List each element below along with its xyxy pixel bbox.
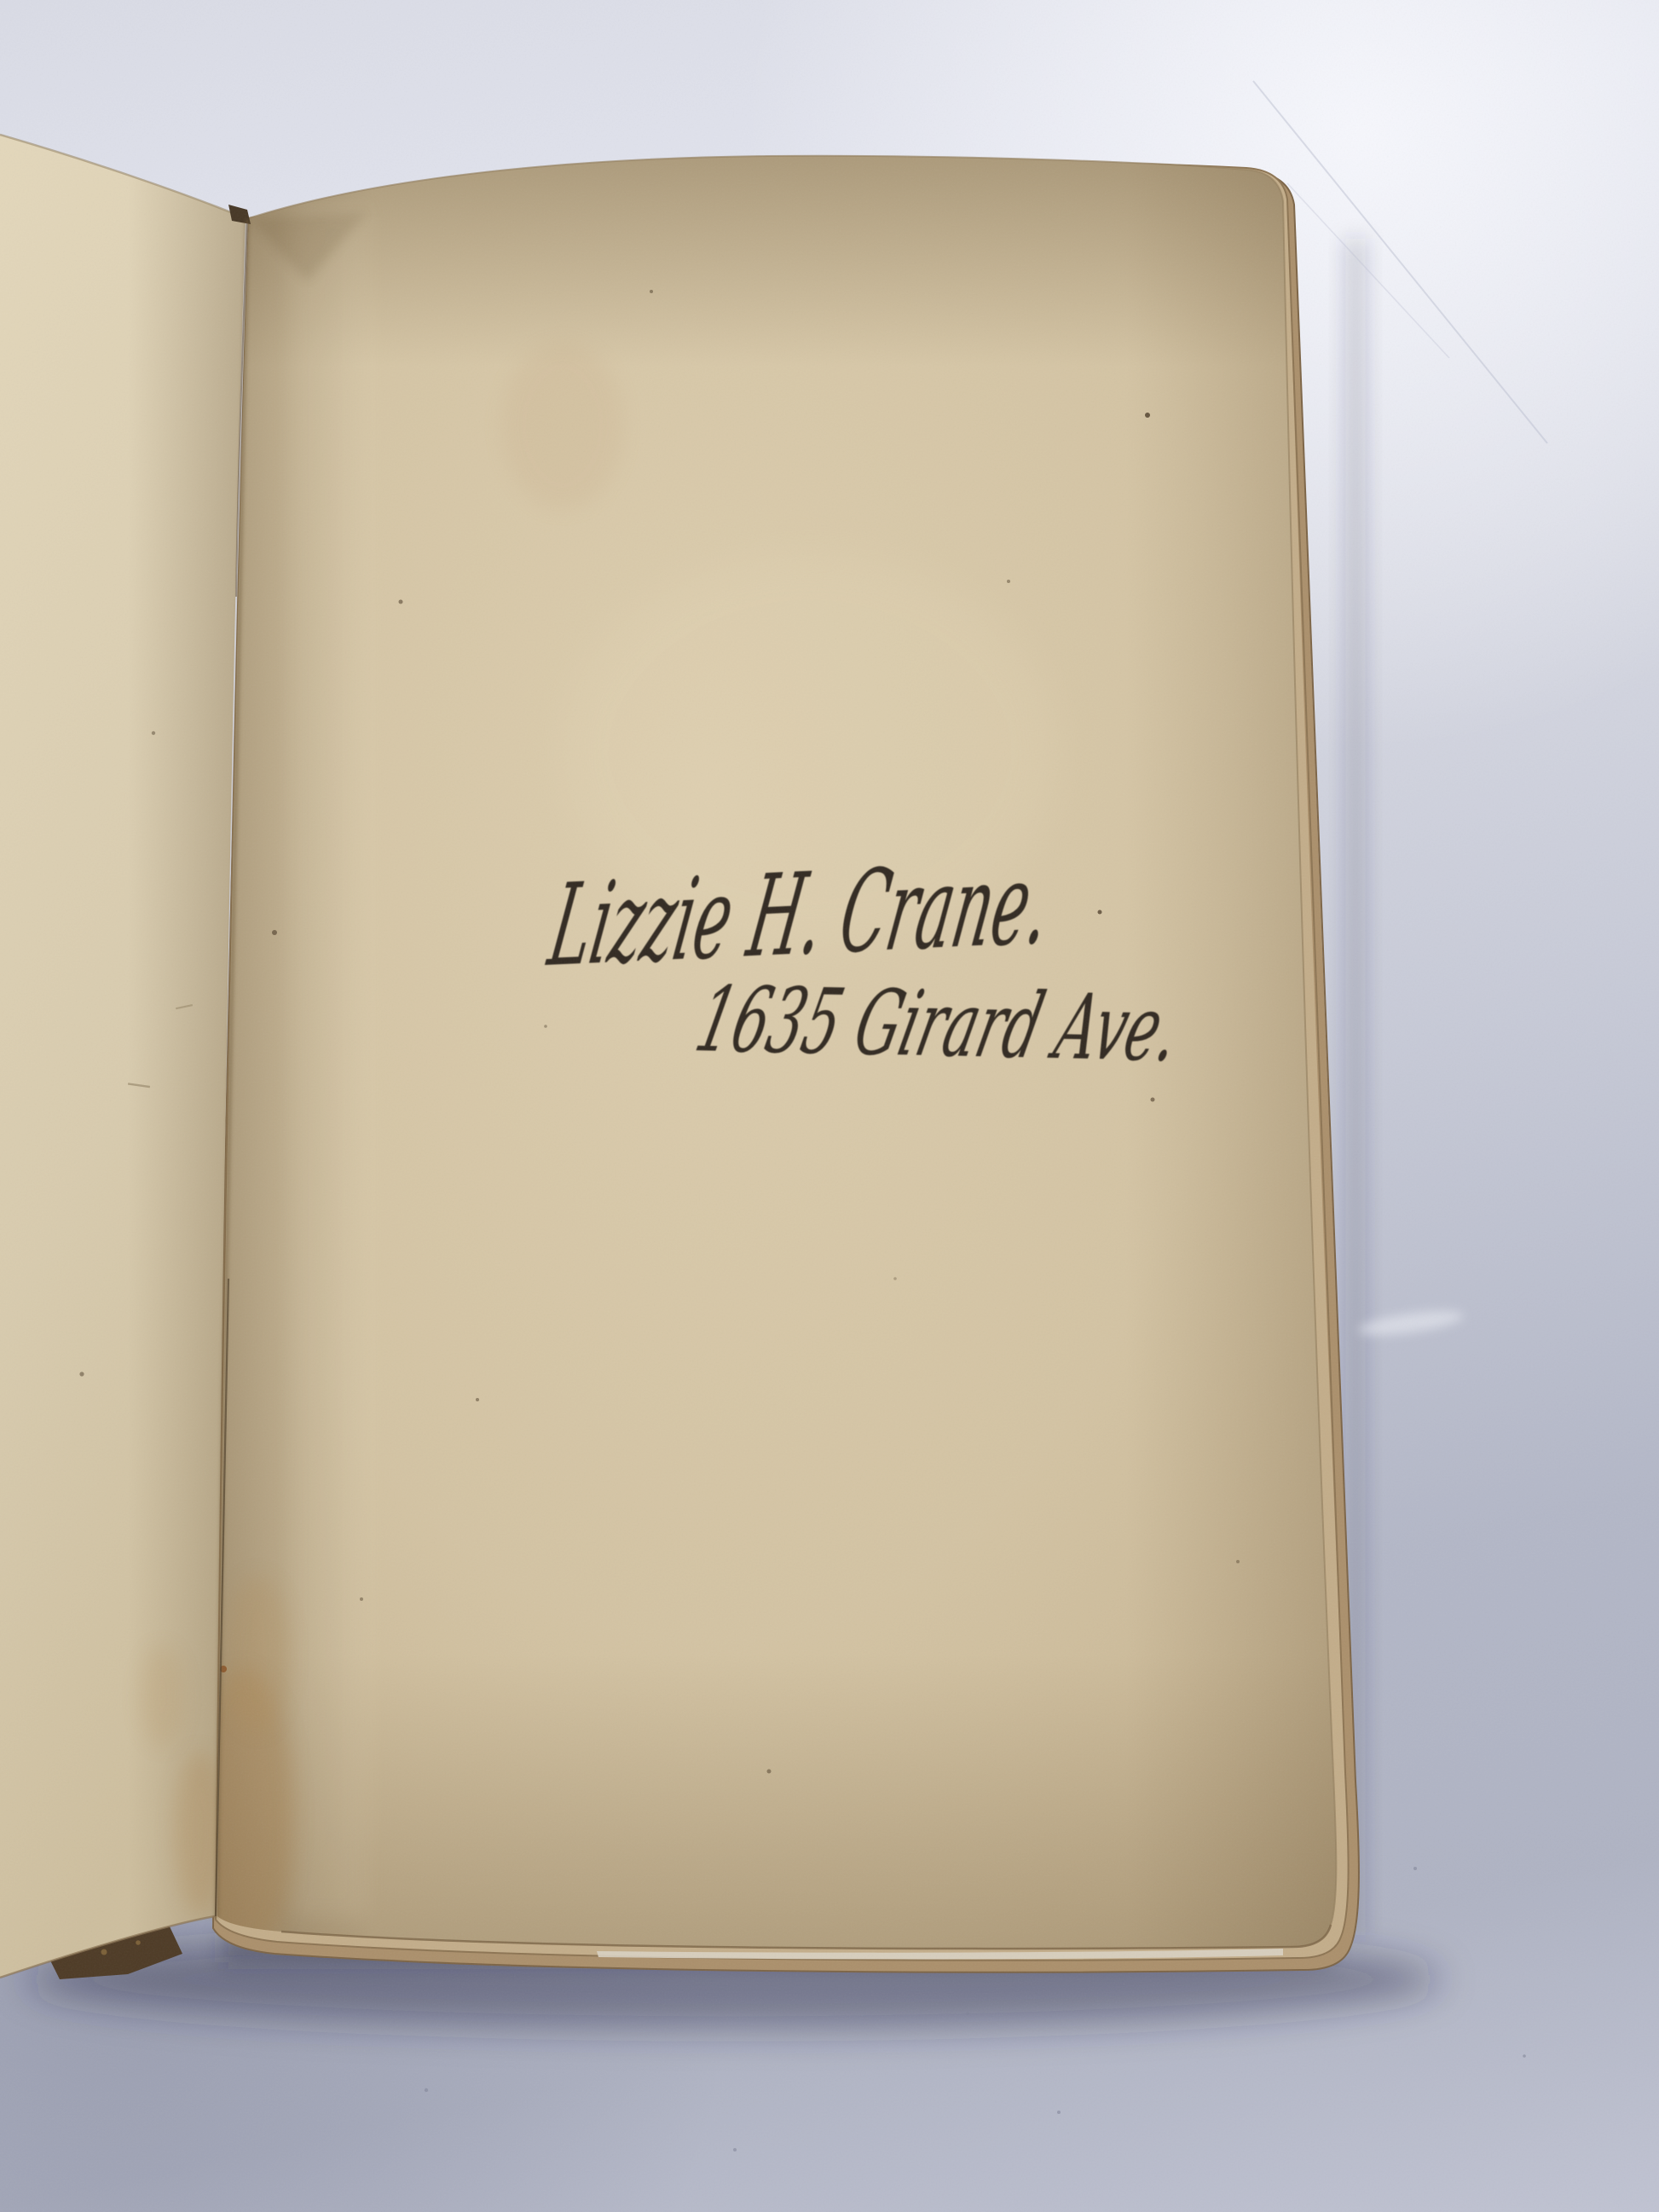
book-photo-illustration: Lizzie H. Crane. 1635 Girard Ave. bbox=[0, 0, 1659, 2212]
photo-open-book: Lizzie H. Crane. 1635 Girard Ave. bbox=[0, 0, 1659, 2212]
grain-overlay bbox=[0, 0, 1659, 2212]
